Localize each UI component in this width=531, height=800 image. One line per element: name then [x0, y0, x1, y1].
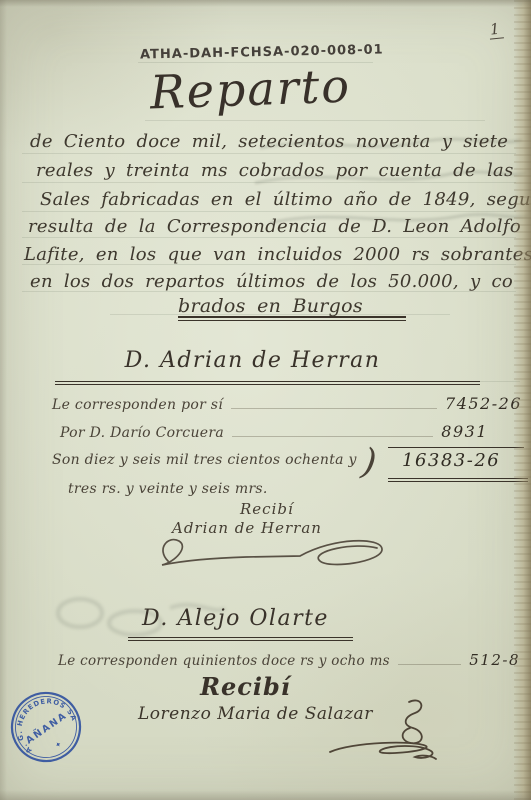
- ledger-row-label: Le corresponden quinientos doce rs y och…: [58, 653, 390, 669]
- ledger-row-label: Le corresponden por sí: [52, 397, 223, 413]
- paragraph-line: reales y treinta ms cobrados por cuenta …: [36, 160, 514, 181]
- leader-line: [231, 408, 437, 409]
- paragraph-line: brados en Burgos: [178, 295, 363, 317]
- stamp-star-icon: ✦: [53, 739, 63, 750]
- ledger-row-value: 8931: [441, 422, 512, 441]
- total-label-line1: Son diez y seis mil tres cientos ochenta…: [52, 452, 357, 468]
- leader-line: [232, 436, 433, 437]
- stamp-center-text: AÑANA: [24, 710, 70, 747]
- received-label: Recibí: [240, 500, 294, 518]
- section-heading-herran: D. Adrian de Herran: [0, 348, 505, 373]
- scanned-manuscript-page: 1 ATHA-DAH-FCHSA-020-008-01 Reparto de C…: [0, 0, 531, 800]
- section-heading-olarte: D. Alejo Olarte: [0, 606, 471, 631]
- paragraph-line: de Ciento doce mil, setecientos noventa …: [30, 131, 508, 152]
- page-number: 1: [488, 19, 503, 39]
- heading-underline: [55, 381, 480, 385]
- ledger-row-value: 512-8: [469, 651, 520, 669]
- ruling-line: [145, 120, 485, 121]
- page-edge-right: [514, 0, 531, 800]
- page-edge-bottom: [0, 790, 531, 800]
- page-edge-left: [0, 0, 7, 800]
- paragraph-line: Sales fabricadas en el último año de 184…: [40, 189, 531, 210]
- ledger-row: Por D. Darío Corcuera 8931: [60, 422, 512, 441]
- ledger-row-value: 7452-26: [445, 394, 522, 413]
- leader-line: [398, 664, 461, 665]
- archive-ink-stamp: A. G. HEREDEROS SALINAS AÑANA ✦: [1, 682, 91, 772]
- ledger-row: Le corresponden quinientos doce rs y och…: [58, 651, 520, 669]
- total-rule-top: [388, 447, 524, 448]
- document-title: Reparto: [149, 59, 352, 120]
- paragraph-line: en los dos repartos últimos de los 50.00…: [30, 271, 513, 292]
- paragraph-line: resulta de la Correspondencia de D. Leon…: [28, 216, 521, 237]
- separator-double-rule: [178, 316, 406, 321]
- total-value: 16383-26: [402, 450, 500, 471]
- page-edge-top: [0, 0, 531, 7]
- ledger-row: Le corresponden por sí 7452-26: [52, 394, 522, 413]
- total-label-line2: tres rs. y veinte y seis mrs.: [68, 481, 268, 497]
- ledger-row-label: Por D. Darío Corcuera: [60, 425, 224, 441]
- paragraph-line: Lafite, en los que van incluidos 2000 rs…: [24, 244, 531, 265]
- total-rule-bottom: [388, 478, 528, 482]
- signature-rubric-flourish: [312, 694, 442, 766]
- total-brace: ): [359, 441, 379, 484]
- signature-rubric-flourish: [148, 531, 388, 575]
- heading-underline: [128, 637, 353, 641]
